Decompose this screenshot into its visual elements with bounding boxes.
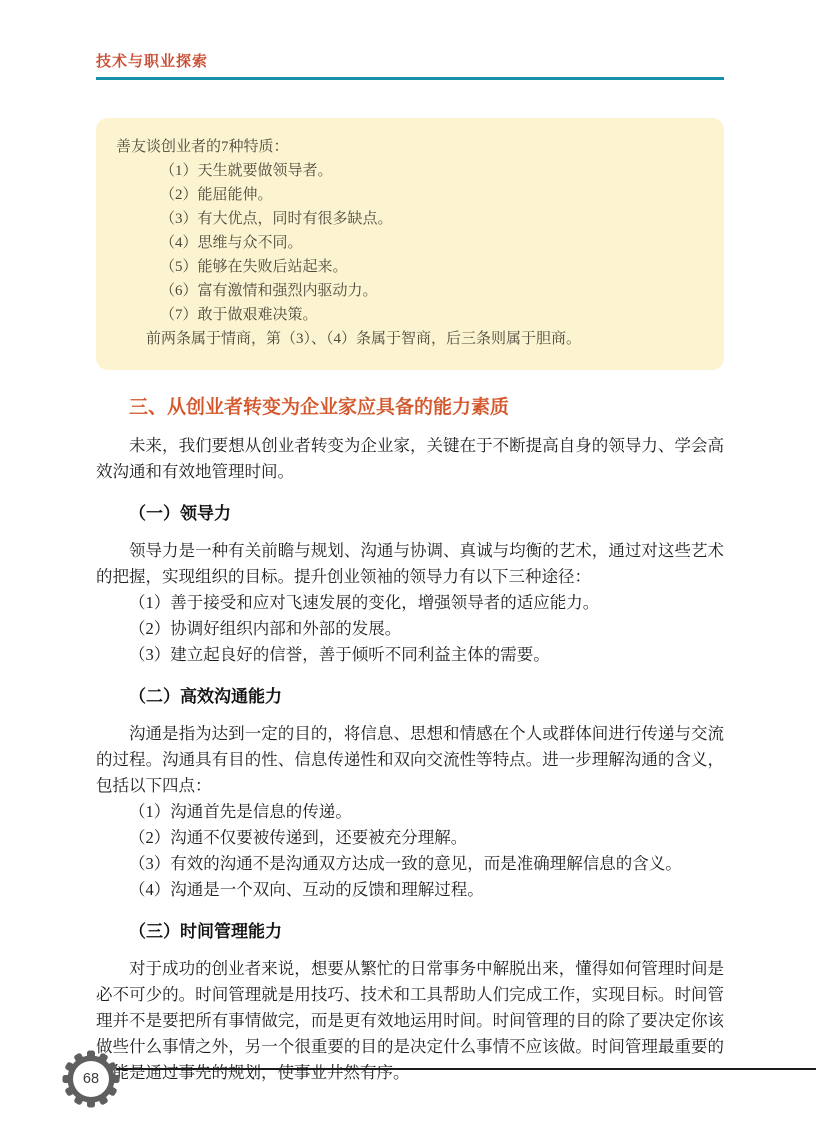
callout-item: （6）富有激情和强烈内驱动力。 xyxy=(116,279,704,303)
callout-title: 善友谈创业者的7种特质： xyxy=(116,135,704,159)
list-item: （1）善于接受和应对飞速发展的变化，增强领导者的适应能力。 xyxy=(96,590,724,616)
list-item: （1）沟通首先是信息的传递。 xyxy=(96,799,724,825)
list-item: （3）有效的沟通不是沟通双方达成一致的意见，而是准确理解信息的含义。 xyxy=(96,851,724,877)
textbook-page: 技术与职业探索 善友谈创业者的7种特质： （1）天生就要做领导者。 （2）能屈能… xyxy=(0,0,816,1145)
list-item: （4）沟通是一个双向、互动的反馈和理解过程。 xyxy=(96,877,724,903)
callout-item: （4）思维与众不同。 xyxy=(116,231,704,255)
list-item: （2）协调好组织内部和外部的发展。 xyxy=(96,616,724,642)
list-item: （2）沟通不仅要被传递到，还要被充分理解。 xyxy=(96,825,724,851)
callout-item: （5）能够在失败后站起来。 xyxy=(116,255,704,279)
footer-rule xyxy=(116,1068,816,1070)
callout-item: （3）有大优点，同时有很多缺点。 xyxy=(116,207,704,231)
subsection-heading-communication: （二）高效沟通能力 xyxy=(96,685,724,708)
page-number-badge: 68 xyxy=(62,1050,120,1108)
callout-item: （2）能屈能伸。 xyxy=(116,183,704,207)
callout-conclusion: 前两条属于情商，第（3）、（4）条属于智商，后三条则属于胆商。 xyxy=(116,327,704,351)
subsection-paragraph: 对于成功的创业者来说，想要从繁忙的日常事务中解脱出来，懂得如何管理时间是必不可少… xyxy=(96,956,724,1086)
section-heading: 三、从创业者转变为企业家应具备的能力素质 xyxy=(96,395,724,420)
section-intro-paragraph: 未来，我们要想从创业者转变为企业家，关键在于不断提高自身的领导力、学会高效沟通和… xyxy=(96,433,724,485)
subsection-paragraph: 领导力是一种有关前瞻与规划、沟通与协调、真诚与均衡的艺术，通过对这些艺术的把握，… xyxy=(96,538,724,590)
list-item: （3）建立起良好的信誉，善于倾听不同利益主体的需要。 xyxy=(96,642,724,668)
subsection-paragraph: 沟通是指为达到一定的目的，将信息、思想和情感在个人或群体间进行传递与交流的过程。… xyxy=(96,721,724,799)
header-rule xyxy=(96,77,724,80)
subsection-heading-time-management: （三）时间管理能力 xyxy=(96,920,724,943)
callout-item: （7）敢于做艰难决策。 xyxy=(116,303,704,327)
running-head-title: 技术与职业探索 xyxy=(96,52,724,72)
page-number: 68 xyxy=(62,1050,120,1108)
subsection-heading-leadership: （一）领导力 xyxy=(96,502,724,525)
callout-box: 善友谈创业者的7种特质： （1）天生就要做领导者。 （2）能屈能伸。 （3）有大… xyxy=(96,118,724,370)
callout-item: （1）天生就要做领导者。 xyxy=(116,159,704,183)
page-content: 技术与职业探索 善友谈创业者的7种特质： （1）天生就要做领导者。 （2）能屈能… xyxy=(96,0,724,1086)
